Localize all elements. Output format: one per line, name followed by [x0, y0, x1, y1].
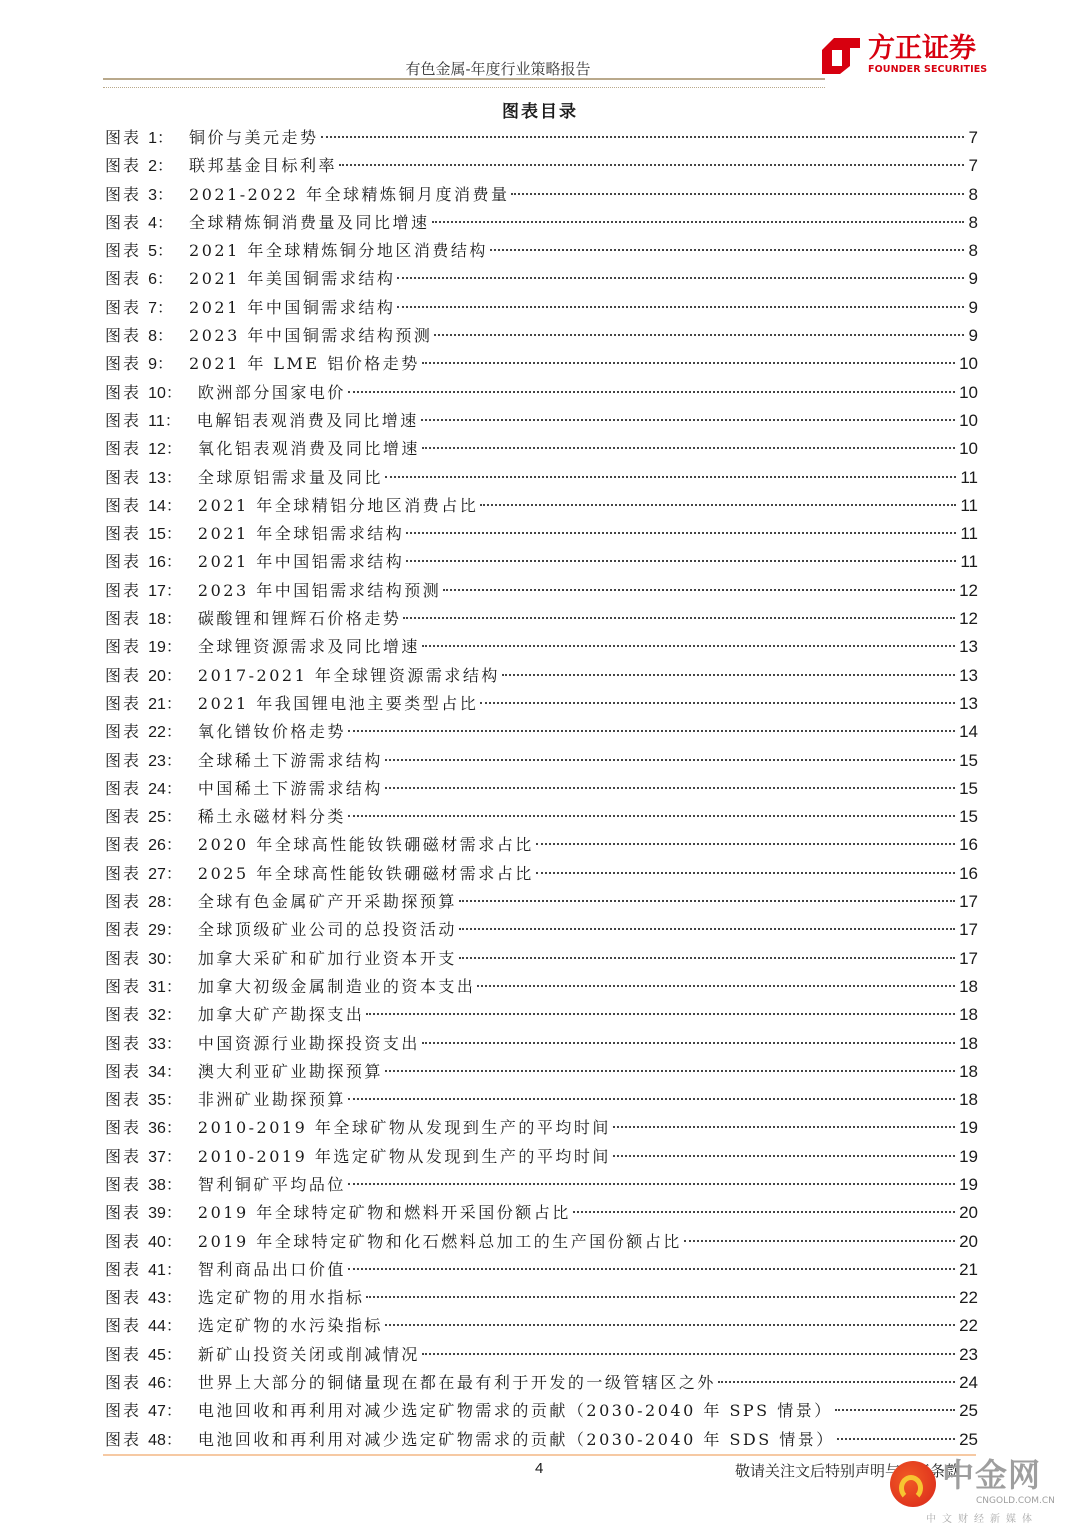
watermark-sub: 中文财经新媒体 [926, 1510, 1038, 1525]
toc-entry-label: 图表 5： [105, 237, 189, 266]
toc-entry-page[interactable]: 11 [960, 548, 978, 576]
toc-entry-number: 41 [148, 1262, 166, 1279]
toc-entry[interactable]: 图表 39：2019 年全球特定矿物和燃料开采国份额占比20 [105, 1199, 978, 1227]
toc-entry-page[interactable]: 18 [959, 1086, 978, 1114]
toc-entry[interactable]: 图表 44：选定矿物的水污染指标22 [105, 1312, 978, 1340]
toc-entry-number: 43 [148, 1290, 166, 1307]
toc-entry-label: 图表 8： [105, 322, 189, 351]
toc-entry-number: 47 [148, 1403, 166, 1420]
logo-en-text: FOUNDER SECURITIES [868, 64, 987, 75]
toc-entry-text[interactable]: 智利商品出口价值 [198, 1256, 346, 1284]
toc-entry-page[interactable]: 12 [959, 605, 978, 633]
toc-entry-page[interactable]: 9 [968, 322, 978, 350]
toc-entry-page[interactable]: 13 [959, 662, 978, 690]
page-number: 4 [535, 1460, 543, 1477]
toc-entry-page[interactable]: 10 [959, 350, 978, 378]
toc-entry-label: 图表 2： [105, 152, 189, 181]
toc-entry-label: 图表 9： [105, 350, 189, 379]
toc-entry-page[interactable]: 20 [959, 1199, 978, 1227]
toc-entry-page[interactable]: 8 [968, 237, 978, 265]
toc-leader-dots [385, 787, 955, 789]
toc-entry-page[interactable]: 9 [968, 265, 978, 293]
toc-list: 图表 1：铜价与美元走势7图表 2：联邦基金目标利率7图表 3：2021-202… [105, 124, 978, 1454]
toc-entry-number: 17 [148, 583, 166, 600]
toc-entry-number: 19 [148, 639, 166, 656]
toc-entry-number: 1 [148, 130, 157, 147]
toc-entry[interactable]: 图表 14：2021 年全球精铝分地区消费占比11 [105, 492, 978, 520]
toc-entry[interactable]: 图表 36：2010-2019 年全球矿物从发现到生产的平均时间19 [105, 1114, 978, 1142]
toc-entry[interactable]: 图表 18：碳酸锂和锂辉石价格走势12 [105, 605, 978, 633]
toc-entry-page[interactable]: 15 [959, 775, 978, 803]
toc-entry[interactable]: 图表 41：智利商品出口价值21 [105, 1256, 978, 1284]
toc-entry[interactable]: 图表 8：2023 年中国铜需求结构预测9 [105, 322, 978, 350]
toc-entry-label: 图表 13： [105, 464, 198, 493]
toc-entry[interactable]: 图表 34：澳大利亚矿业勘探预算18 [105, 1058, 978, 1086]
toc-entry[interactable]: 图表 9：2021 年 LME 铝价格走势10 [105, 350, 978, 378]
toc-entry-label: 图表 27： [105, 860, 198, 889]
toc-entry-label: 图表 22： [105, 718, 198, 747]
toc-entry[interactable]: 图表 16：2021 年中国铝需求结构11 [105, 548, 978, 576]
toc-entry-text[interactable]: 碳酸锂和锂辉石价格走势 [198, 605, 402, 633]
toc-entry[interactable]: 图表 28：全球有色金属矿产开采勘探预算17 [105, 888, 978, 916]
founder-logo-icon [820, 36, 862, 76]
toc-entry-number: 2 [148, 158, 157, 175]
cngold-logo-icon [890, 1461, 936, 1507]
toc-entry-label: 图表 17： [105, 577, 198, 606]
toc-entry-page[interactable]: 15 [959, 803, 978, 831]
toc-entry[interactable]: 图表 3：2021-2022 年全球精炼铜月度消费量8 [105, 181, 978, 209]
toc-entry[interactable]: 图表 31：加拿大初级金属制造业的资本支出18 [105, 973, 978, 1001]
toc-leader-dots [403, 617, 955, 619]
toc-entry-text[interactable]: 澳大利亚矿业勘探预算 [198, 1058, 383, 1086]
toc-entry-number: 9 [148, 356, 157, 373]
toc-leader-dots [480, 702, 955, 704]
toc-leader-dots [348, 1268, 955, 1270]
toc-entry-label: 图表 35： [105, 1086, 198, 1115]
toc-entry-page[interactable]: 17 [959, 888, 978, 916]
toc-entry-text[interactable]: 2019 年全球特定矿物和化石燃料总加工的生产国份额占比 [198, 1228, 682, 1256]
toc-leader-dots [397, 277, 964, 279]
toc-entry[interactable]: 图表 47：电池回收和再利用对减少选定矿物需求的贡献（2030-2040 年 S… [105, 1397, 978, 1425]
toc-leader-dots [348, 1183, 955, 1185]
toc-entry-text[interactable]: 联邦基金目标利率 [189, 152, 337, 180]
toc-entry-text[interactable]: 稀土永磁材料分类 [198, 803, 346, 831]
toc-entry-number: 45 [148, 1347, 166, 1364]
toc-entry[interactable]: 图表 35：非洲矿业勘探预算18 [105, 1086, 978, 1114]
toc-entry[interactable]: 图表 27：2025 年全球高性能钕铁硼磁材需求占比16 [105, 860, 978, 888]
toc-entry-page[interactable]: 19 [959, 1171, 978, 1199]
toc-entry-label: 图表 30： [105, 945, 198, 974]
toc-entry[interactable]: 图表 22：氧化镨钕价格走势14 [105, 718, 978, 746]
toc-entry-page[interactable]: 16 [959, 831, 978, 859]
toc-entry-page[interactable]: 25 [959, 1397, 978, 1425]
toc-entry-label: 图表 34： [105, 1058, 198, 1087]
toc-entry-page[interactable]: 24 [959, 1369, 978, 1397]
toc-entry[interactable]: 图表 7：2021 年中国铜需求结构9 [105, 294, 978, 322]
toc-entry[interactable]: 图表 46：世界上大部分的铜储量现在都在最有利于开发的一级管辖区之外24 [105, 1369, 978, 1397]
toc-leader-dots [490, 249, 964, 251]
toc-entry-text[interactable]: 中国稀土下游需求结构 [198, 775, 383, 803]
toc-entry-page[interactable]: 8 [968, 209, 978, 237]
toc-entry[interactable]: 图表 45：新矿山投资关闭或削减情况23 [105, 1341, 978, 1369]
toc-leader-dots [684, 1240, 955, 1242]
toc-entry-text[interactable]: 2021 年全球精炼铜分地区消费结构 [189, 237, 488, 265]
toc-entry-number: 39 [148, 1205, 166, 1222]
toc-entry-label: 图表 29： [105, 916, 198, 945]
toc-entry-text[interactable]: 电池回收和再利用对减少选定矿物需求的贡献（2030-2040 年 SDS 情景） [198, 1426, 835, 1454]
toc-entry-text[interactable]: 选定矿物的用水指标 [198, 1284, 365, 1312]
toc-entry-label: 图表 14： [105, 492, 198, 521]
toc-entry-label: 图表 47： [105, 1397, 198, 1426]
toc-entry-number: 10 [148, 385, 166, 402]
toc-entry-number: 15 [148, 526, 166, 543]
toc-entry-page[interactable]: 13 [959, 633, 978, 661]
toc-entry-page[interactable]: 23 [959, 1341, 978, 1369]
toc-leader-dots [536, 843, 955, 845]
toc-entry-label: 图表 3： [105, 181, 189, 210]
toc-entry-text[interactable]: 2021 年中国铝需求结构 [198, 548, 404, 576]
toc-entry-number: 37 [148, 1149, 166, 1166]
toc-entry[interactable]: 图表 11：电解铝表观消费及同比增速10 [105, 407, 978, 435]
toc-entry-text[interactable]: 全球顶级矿业公司的总投资活动 [198, 916, 457, 944]
toc-entry-text[interactable]: 2017-2021 年全球锂资源需求结构 [198, 662, 500, 690]
toc-entry-text[interactable]: 加拿大采矿和矿加行业资本开支 [198, 945, 457, 973]
toc-entry-label: 图表 6： [105, 265, 189, 294]
toc-entry[interactable]: 图表 15：2021 年全球铝需求结构11 [105, 520, 978, 548]
toc-leader-dots [406, 532, 956, 534]
toc-entry-page[interactable]: 7 [968, 124, 978, 152]
toc-entry-label: 图表 24： [105, 775, 198, 804]
toc-entry-number: 32 [148, 1007, 166, 1024]
toc-entry[interactable]: 图表 30：加拿大采矿和矿加行业资本开支17 [105, 945, 978, 973]
toc-entry[interactable]: 图表 43：选定矿物的用水指标22 [105, 1284, 978, 1312]
toc-entry-page[interactable]: 22 [959, 1284, 978, 1312]
toc-entry-number: 12 [148, 441, 166, 458]
toc-entry-number: 36 [148, 1120, 166, 1137]
toc-leader-dots [348, 815, 955, 817]
watermark-en: CNGOLD.COM.CN [976, 1496, 1055, 1506]
toc-entry-page[interactable]: 17 [959, 945, 978, 973]
toc-entry-label: 图表 36： [105, 1114, 198, 1143]
toc-leader-dots [459, 957, 955, 959]
toc-entry[interactable]: 图表 33：中国资源行业勘探投资支出18 [105, 1030, 978, 1058]
toc-entry-page[interactable]: 18 [959, 1030, 978, 1058]
toc-leader-dots [837, 1438, 955, 1440]
toc-entry-text[interactable]: 加拿大矿产勘探支出 [198, 1001, 365, 1029]
toc-entry-text[interactable]: 2010-2019 年选定矿物从发现到生产的平均时间 [198, 1143, 611, 1171]
toc-entry-number: 13 [148, 470, 166, 487]
toc-entry-number: 24 [148, 781, 166, 798]
toc-entry-page[interactable]: 13 [959, 690, 978, 718]
toc-leader-dots [397, 306, 964, 308]
toc-entry-page[interactable]: 16 [959, 860, 978, 888]
cngold-watermark: 中金网 CNGOLD.COM.CN 中文财经新媒体 [890, 1455, 1080, 1527]
toc-entry-label: 图表 21： [105, 690, 198, 719]
toc-entry-text[interactable]: 2021 年美国铜需求结构 [189, 265, 395, 293]
toc-entry-page[interactable]: 12 [959, 577, 978, 605]
toc-entry[interactable]: 图表 20：2017-2021 年全球锂资源需求结构13 [105, 662, 978, 690]
toc-leader-dots [421, 419, 955, 421]
toc-entry-text[interactable]: 选定矿物的水污染指标 [198, 1312, 383, 1340]
toc-entry-text[interactable]: 中国资源行业勘探投资支出 [198, 1030, 420, 1058]
toc-leader-dots [480, 504, 956, 506]
toc-entry[interactable]: 图表 23：全球稀土下游需求结构15 [105, 747, 978, 775]
toc-entry-number: 30 [148, 951, 166, 968]
toc-leader-dots [422, 1353, 955, 1355]
toc-leader-dots [502, 674, 955, 676]
toc-entry-label: 图表 12： [105, 435, 198, 464]
toc-entry-text[interactable]: 世界上大部分的铜储量现在都在最有利于开发的一级管辖区之外 [198, 1369, 716, 1397]
toc-leader-dots [366, 1296, 955, 1298]
toc-entry-page[interactable]: 22 [959, 1312, 978, 1340]
toc-leader-dots [459, 900, 955, 902]
toc-leader-dots [348, 1098, 955, 1100]
header-rule [103, 78, 825, 80]
toc-entry-page[interactable]: 18 [959, 1058, 978, 1086]
toc-entry-text[interactable]: 铜价与美元走势 [189, 124, 319, 152]
toc-entry-page[interactable]: 7 [968, 152, 978, 180]
toc-entry-label: 图表 20： [105, 662, 198, 691]
toc-leader-dots [443, 589, 955, 591]
toc-leader-dots [385, 1070, 955, 1072]
watermark-cn: 中金网 [942, 1457, 1041, 1493]
footer-rule [103, 1454, 976, 1456]
toc-entry[interactable]: 图表 19：全球锂资源需求及同比增速13 [105, 633, 978, 661]
toc-leader-dots [835, 1409, 955, 1411]
toc-entry[interactable]: 图表 32：加拿大矿产勘探支出18 [105, 1001, 978, 1029]
toc-entry-label: 图表 37： [105, 1143, 198, 1172]
toc-entry-label: 图表 10： [105, 379, 198, 408]
toc-leader-dots [613, 1126, 955, 1128]
toc-entry[interactable]: 图表 29：全球顶级矿业公司的总投资活动17 [105, 916, 978, 944]
toc-entry-label: 图表 48： [105, 1426, 198, 1455]
toc-entry-text[interactable]: 新矿山投资关闭或削减情况 [198, 1341, 420, 1369]
toc-leader-dots [434, 334, 964, 336]
toc-entry[interactable]: 图表 5：2021 年全球精炼铜分地区消费结构8 [105, 237, 978, 265]
toc-leader-dots [422, 1042, 955, 1044]
toc-entry-number: 4 [148, 215, 157, 232]
toc-entry-page[interactable]: 11 [960, 520, 978, 548]
toc-entry-page[interactable]: 18 [959, 973, 978, 1001]
toc-title: 图表目录 [0, 97, 1080, 122]
toc-leader-dots [385, 1324, 955, 1326]
toc-entry-page[interactable]: 11 [960, 492, 978, 520]
toc-entry-page[interactable]: 19 [959, 1114, 978, 1142]
toc-entry-number: 27 [148, 866, 166, 883]
toc-entry-text[interactable]: 全球原铝需求量及同比 [198, 464, 383, 492]
toc-leader-dots [613, 1155, 955, 1157]
toc-entry-number: 14 [148, 498, 166, 515]
toc-leader-dots [459, 928, 955, 930]
toc-entry[interactable]: 图表 1：铜价与美元走势7 [105, 124, 978, 152]
toc-entry-text[interactable]: 氧化镨钕价格走势 [198, 718, 346, 746]
toc-entry-number: 20 [148, 668, 166, 685]
toc-leader-dots [348, 391, 955, 393]
toc-entry-number: 38 [148, 1177, 166, 1194]
toc-entry-label: 图表 45： [105, 1341, 198, 1370]
toc-entry-number: 35 [148, 1092, 166, 1109]
toc-entry-page[interactable]: 18 [959, 1001, 978, 1029]
toc-entry-text[interactable]: 2010-2019 年全球矿物从发现到生产的平均时间 [198, 1114, 611, 1142]
toc-entry-text[interactable]: 2021 年我国锂电池主要类型占比 [198, 690, 478, 718]
toc-entry-text[interactable]: 全球精炼铜消费量及同比增速 [189, 209, 430, 237]
toc-entry[interactable]: 图表 2：联邦基金目标利率7 [105, 152, 978, 180]
toc-entry-text[interactable]: 2019 年全球特定矿物和燃料开采国份额占比 [198, 1199, 571, 1227]
toc-entry-page[interactable]: 10 [959, 435, 978, 463]
toc-entry-label: 图表 16： [105, 548, 198, 577]
toc-entry-label: 图表 19： [105, 633, 198, 662]
toc-leader-dots [718, 1381, 955, 1383]
toc-leader-dots [422, 362, 955, 364]
toc-entry-text[interactable]: 2021 年全球铝需求结构 [198, 520, 404, 548]
toc-entry-text[interactable]: 2021-2022 年全球精炼铜月度消费量 [189, 181, 509, 209]
toc-entry-text[interactable]: 电解铝表观消费及同比增速 [197, 407, 419, 435]
toc-entry-label: 图表 32： [105, 1001, 198, 1030]
toc-entry-page[interactable]: 19 [959, 1143, 978, 1171]
toc-entry-label: 图表 15： [105, 520, 198, 549]
toc-entry-text[interactable]: 加拿大初级金属制造业的资本支出 [198, 973, 476, 1001]
toc-entry-number: 8 [148, 328, 157, 345]
toc-entry-label: 图表 46： [105, 1369, 198, 1398]
toc-entry-page[interactable]: 10 [959, 379, 978, 407]
toc-entry-number: 33 [148, 1036, 166, 1053]
toc-entry-number: 34 [148, 1064, 166, 1081]
toc-leader-dots [366, 1013, 955, 1015]
toc-entry-text[interactable]: 电池回收和再利用对减少选定矿物需求的贡献（2030-2040 年 SPS 情景） [198, 1397, 833, 1425]
toc-entry-label: 图表 18： [105, 605, 198, 634]
toc-entry-label: 图表 7： [105, 294, 189, 323]
toc-entry[interactable]: 图表 13：全球原铝需求量及同比11 [105, 464, 978, 492]
toc-entry-number: 22 [148, 724, 166, 741]
toc-entry-text[interactable]: 2020 年全球高性能钕铁硼磁材需求占比 [198, 831, 534, 859]
logo-cn-text: 方正证券 [868, 34, 976, 64]
toc-entry-number: 40 [148, 1234, 166, 1251]
toc-entry[interactable]: 图表 40：2019 年全球特定矿物和化石燃料总加工的生产国份额占比20 [105, 1228, 978, 1256]
toc-entry-label: 图表 43： [105, 1284, 198, 1313]
toc-entry-text[interactable]: 2023 年中国铜需求结构预测 [189, 322, 432, 350]
toc-entry-text[interactable]: 欧洲部分国家电价 [198, 379, 346, 407]
toc-entry-text[interactable]: 2021 年全球精铝分地区消费占比 [198, 492, 478, 520]
toc-entry-label: 图表 44： [105, 1312, 198, 1341]
toc-entry-page[interactable]: 15 [959, 747, 978, 775]
toc-leader-dots [432, 221, 964, 223]
toc-entry-label: 图表 11： [105, 407, 197, 436]
toc-entry-label: 图表 28： [105, 888, 198, 917]
toc-entry[interactable]: 图表 12：氧化铝表观消费及同比增速10 [105, 435, 978, 463]
toc-entry-page[interactable]: 25 [959, 1426, 978, 1454]
toc-entry-text[interactable]: 2021 年 LME 铝价格走势 [189, 350, 420, 378]
toc-entry-label: 图表 26： [105, 831, 198, 860]
toc-entry[interactable]: 图表 24：中国稀土下游需求结构15 [105, 775, 978, 803]
toc-entry-text[interactable]: 2023 年中国铝需求结构预测 [198, 577, 441, 605]
toc-entry-label: 图表 1： [105, 124, 189, 153]
toc-entry-number: 5 [148, 243, 157, 260]
toc-entry-number: 21 [148, 696, 166, 713]
toc-entry-number: 6 [148, 271, 157, 288]
toc-leader-dots [573, 1211, 955, 1213]
toc-entry[interactable]: 图表 17：2023 年中国铝需求结构预测12 [105, 577, 978, 605]
toc-entry-text[interactable]: 全球锂资源需求及同比增速 [198, 633, 420, 661]
toc-entry-label: 图表 39： [105, 1199, 198, 1228]
toc-entry-text[interactable]: 全球稀土下游需求结构 [198, 747, 383, 775]
toc-entry-label: 图表 41： [105, 1256, 198, 1285]
toc-entry-text[interactable]: 2025 年全球高性能钕铁硼磁材需求占比 [198, 860, 534, 888]
toc-entry-text[interactable]: 氧化铝表观消费及同比增速 [198, 435, 420, 463]
toc-entry[interactable]: 图表 10：欧洲部分国家电价10 [105, 379, 978, 407]
toc-entry-label: 图表 40： [105, 1228, 198, 1257]
toc-entry-label: 图表 33： [105, 1030, 198, 1059]
toc-entry[interactable]: 图表 21：2021 年我国锂电池主要类型占比13 [105, 690, 978, 718]
toc-entry-page[interactable]: 17 [959, 916, 978, 944]
toc-entry-number: 31 [148, 979, 166, 996]
toc-entry-label: 图表 38： [105, 1171, 198, 1200]
toc-entry-label: 图表 31： [105, 973, 198, 1002]
toc-entry-number: 48 [148, 1432, 166, 1449]
toc-leader-dots [339, 164, 964, 166]
toc-entry-text[interactable]: 2021 年中国铜需求结构 [189, 294, 395, 322]
toc-entry[interactable]: 图表 4：全球精炼铜消费量及同比增速8 [105, 209, 978, 237]
toc-entry-number: 25 [148, 809, 166, 826]
toc-entry-page[interactable]: 20 [959, 1228, 978, 1256]
toc-entry-page[interactable]: 14 [959, 718, 978, 746]
toc-leader-dots [477, 985, 955, 987]
toc-entry-label: 图表 4： [105, 209, 189, 238]
toc-leader-dots [511, 193, 964, 195]
toc-entry-number: 3 [148, 187, 157, 204]
toc-entry-number: 44 [148, 1318, 166, 1335]
toc-entry-number: 23 [148, 753, 166, 770]
toc-entry-number: 16 [148, 554, 166, 571]
toc-entry-text[interactable]: 全球有色金属矿产开采勘探预算 [198, 888, 457, 916]
toc-entry-number: 11 [148, 413, 165, 430]
toc-entry-text[interactable]: 非洲矿业勘探预算 [198, 1086, 346, 1114]
toc-entry[interactable]: 图表 26：2020 年全球高性能钕铁硼磁材需求占比16 [105, 831, 978, 859]
toc-entry-label: 图表 23： [105, 747, 198, 776]
toc-leader-dots [406, 560, 956, 562]
header-dotted-rule [103, 87, 825, 88]
toc-leader-dots [385, 759, 955, 761]
toc-entry-page[interactable]: 10 [959, 407, 978, 435]
toc-entry-page[interactable]: 9 [968, 294, 978, 322]
toc-entry-page[interactable]: 11 [960, 464, 978, 492]
toc-entry-number: 7 [148, 300, 157, 317]
toc-entry[interactable]: 图表 38：智利铜矿平均品位19 [105, 1171, 978, 1199]
founder-securities-logo: 方正证券 FOUNDER SECURITIES [820, 34, 985, 80]
toc-entry-number: 28 [148, 894, 166, 911]
toc-entry[interactable]: 图表 37：2010-2019 年选定矿物从发现到生产的平均时间19 [105, 1143, 978, 1171]
toc-entry-number: 29 [148, 922, 166, 939]
toc-entry-label: 图表 25： [105, 803, 198, 832]
toc-leader-dots [422, 645, 955, 647]
toc-leader-dots [321, 136, 964, 138]
toc-entry-text[interactable]: 智利铜矿平均品位 [198, 1171, 346, 1199]
toc-entry-number: 46 [148, 1375, 166, 1392]
toc-entry[interactable]: 图表 6：2021 年美国铜需求结构9 [105, 265, 978, 293]
toc-entry-number: 18 [148, 611, 166, 628]
toc-leader-dots [536, 872, 955, 874]
toc-leader-dots [348, 730, 955, 732]
toc-entry[interactable]: 图表 48：电池回收和再利用对减少选定矿物需求的贡献（2030-2040 年 S… [105, 1426, 978, 1454]
toc-entry-number: 26 [148, 837, 166, 854]
toc-entry[interactable]: 图表 25：稀土永磁材料分类15 [105, 803, 978, 831]
toc-entry-page[interactable]: 8 [968, 181, 978, 209]
toc-leader-dots [385, 476, 956, 478]
toc-entry-page[interactable]: 21 [959, 1256, 978, 1284]
toc-leader-dots [422, 447, 955, 449]
